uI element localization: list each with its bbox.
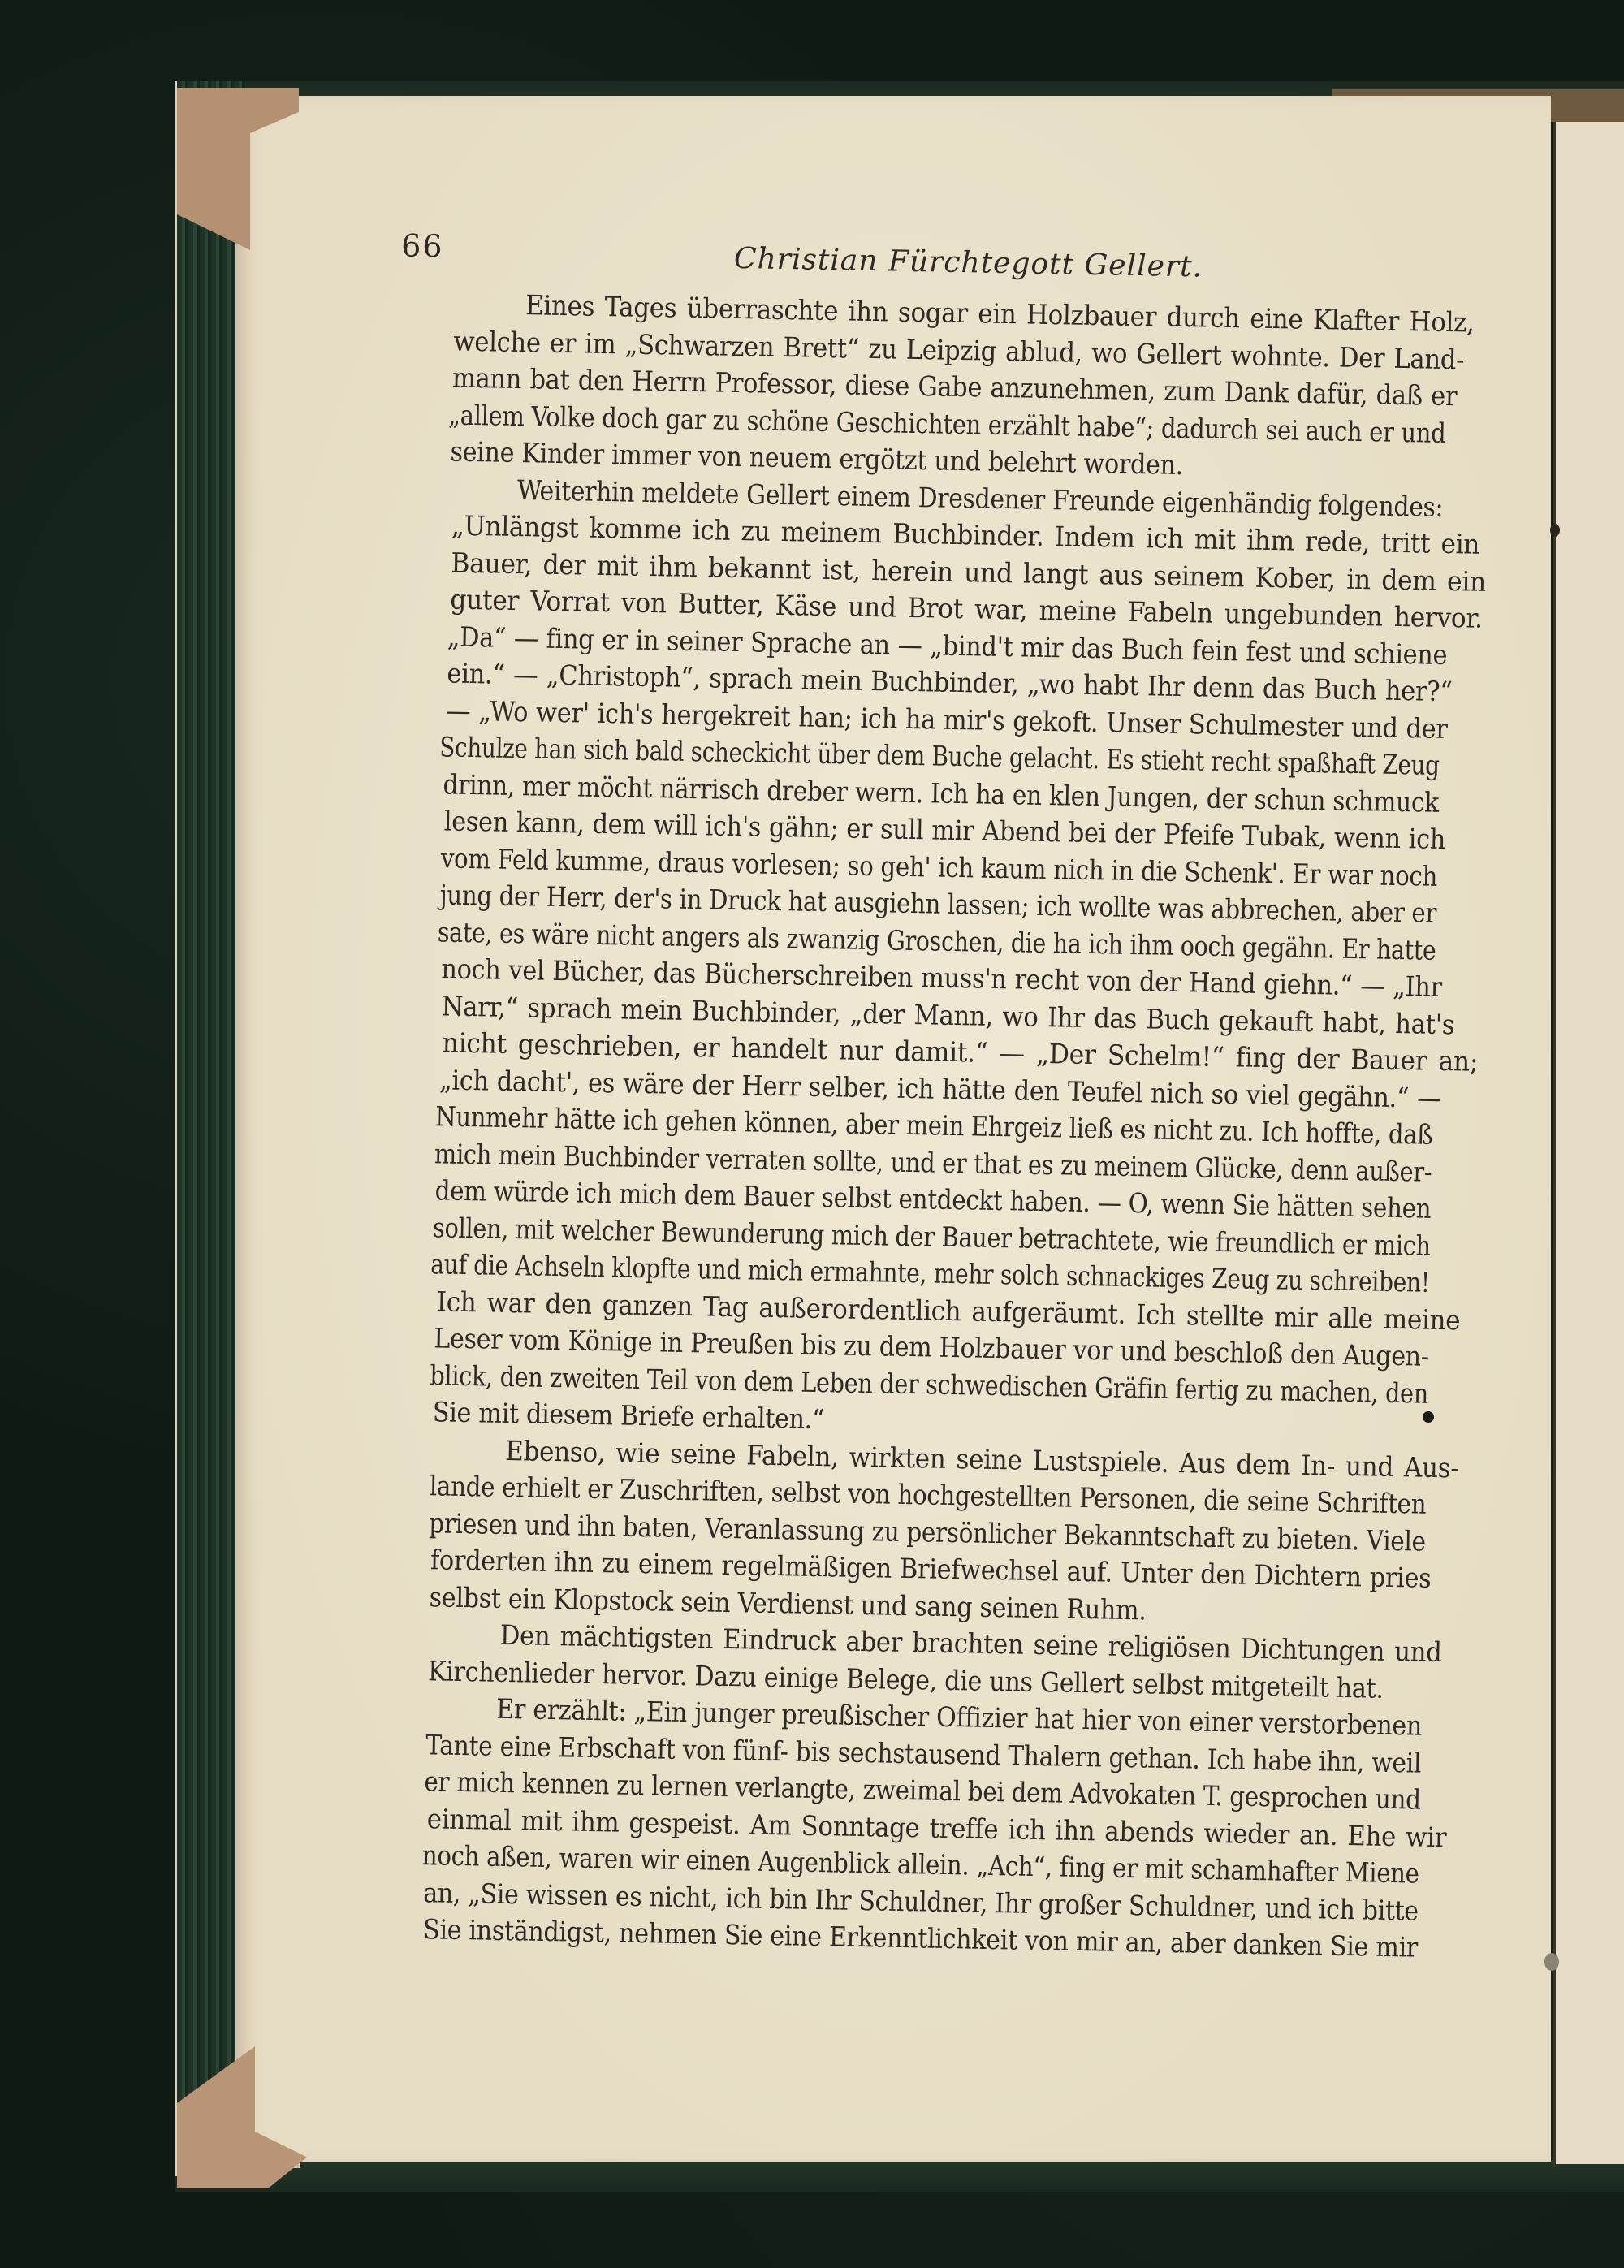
facing-page-edge (1553, 122, 1624, 2164)
paragraph: Er erzählt: „Ein junger preußischer Offi… (354, 1688, 1423, 1966)
paragraph: Weiterhin meldete Gellert einem Dresdene… (364, 469, 1445, 1449)
book-cover-bottom (175, 2160, 1624, 2192)
running-title: Christian Fürchtegott Gellert. (734, 242, 1203, 284)
paragraph: Eines Tages überraschte ihn sogar ein Ho… (381, 284, 1448, 488)
binding-thread-hole-bottom (1544, 1953, 1559, 1971)
page-text-block: 66 Christian Fürchtegott Gellert. Eines … (354, 211, 1449, 1966)
binding-thread-hole-top (1550, 524, 1560, 537)
body-text: Eines Tages überraschte ihn sogar ein Ho… (354, 284, 1448, 1966)
paragraph: Ebenso, wie seine Fabeln, wirkten seine … (360, 1429, 1427, 1633)
page-number: 66 (401, 227, 444, 264)
